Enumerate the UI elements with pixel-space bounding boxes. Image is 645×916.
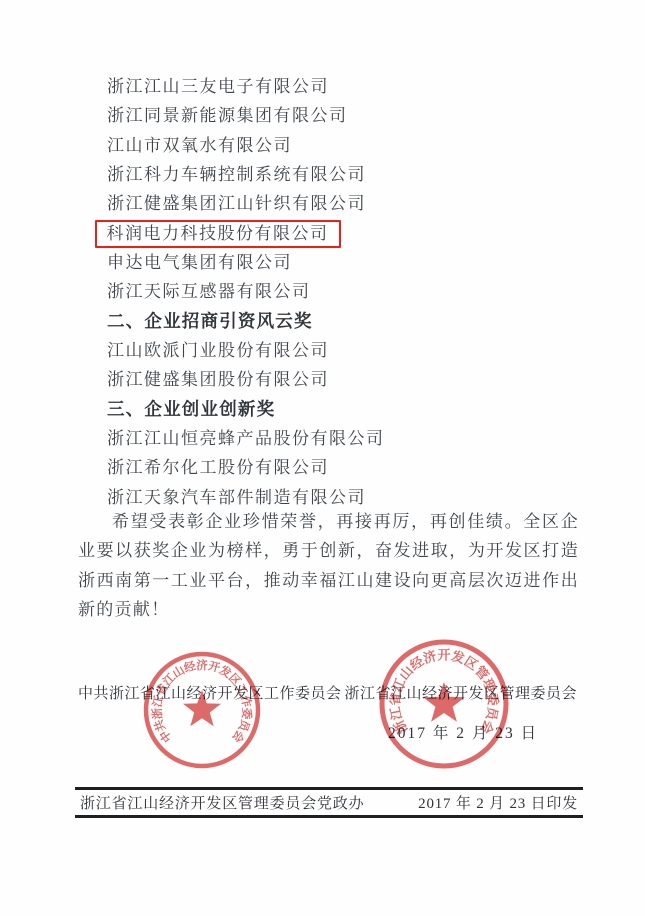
highlighted-company-name: 科润电力科技股份有限公司: [107, 224, 329, 243]
svg-text:委: 委: [485, 692, 501, 706]
company-list-item: 浙江江山恒亮蜂产品股份有限公司: [78, 424, 588, 453]
company-list-item: 浙江天际互感器有限公司: [78, 277, 588, 306]
award-company-list: 浙江江山三友电子有限公司 浙江同景新能源集团有限公司 江山市双氧水有限公司 浙江…: [78, 72, 588, 512]
company-list-item: 江山欧派门业股份有限公司: [78, 336, 588, 365]
company-list-item: 浙江同景新能源集团有限公司: [78, 101, 588, 130]
footer-row: 浙江省江山经济开发区管理委员会党政办 2017 年 2 月 23 日印发: [80, 792, 578, 813]
star-icon: [423, 682, 465, 722]
company-list-item: 申达电气集团有限公司: [78, 248, 588, 277]
footer-issuer: 浙江省江山经济开发区管理委员会党政办: [80, 792, 364, 813]
svg-text:江: 江: [387, 705, 405, 723]
company-list-item: 浙江希尔化工股份有限公司: [78, 453, 588, 482]
company-list-item-highlighted: 科润电力科技股份有限公司: [78, 219, 588, 248]
official-seal-right: 浙江省江山经济开发区管理委员会: [374, 634, 514, 774]
footer-print-date: 2017 年 2 月 23 日印发: [418, 792, 578, 813]
svg-text:济: 济: [421, 648, 438, 666]
section-heading-2: 二、企业招商引资风云奖: [78, 307, 588, 336]
company-list-item: 浙江健盛集团江山针织有限公司: [78, 189, 588, 218]
footer-rule-top: [75, 787, 583, 790]
closing-paragraph: 希望受表彰企业珍惜荣誉，再接再厉，再创佳绩。全区企业要以获奖企业为榜样，勇于创新…: [78, 507, 579, 624]
company-list-item: 浙江健盛集团股份有限公司: [78, 365, 588, 394]
company-list-item: 浙江科力车辆控制系统有限公司: [78, 160, 588, 189]
section-heading-3: 三、企业创业创新奖: [78, 395, 588, 424]
company-list-item: 浙江江山三友电子有限公司: [78, 72, 588, 101]
scanned-document-page: 浙江江山三友电子有限公司 浙江同景新能源集团有限公司 江山市双氧水有限公司 浙江…: [0, 0, 645, 916]
star-icon: [183, 690, 221, 726]
footer-rule-bottom: [75, 815, 583, 818]
company-list-item: 江山市双氧水有限公司: [78, 131, 588, 160]
red-highlight-box: 科润电力科技股份有限公司: [95, 220, 341, 248]
official-seal-left: 中共浙江省江山经济开发区工作委员会: [132, 640, 272, 780]
svg-text:开: 开: [437, 648, 450, 663]
svg-text:会: 会: [478, 718, 497, 737]
